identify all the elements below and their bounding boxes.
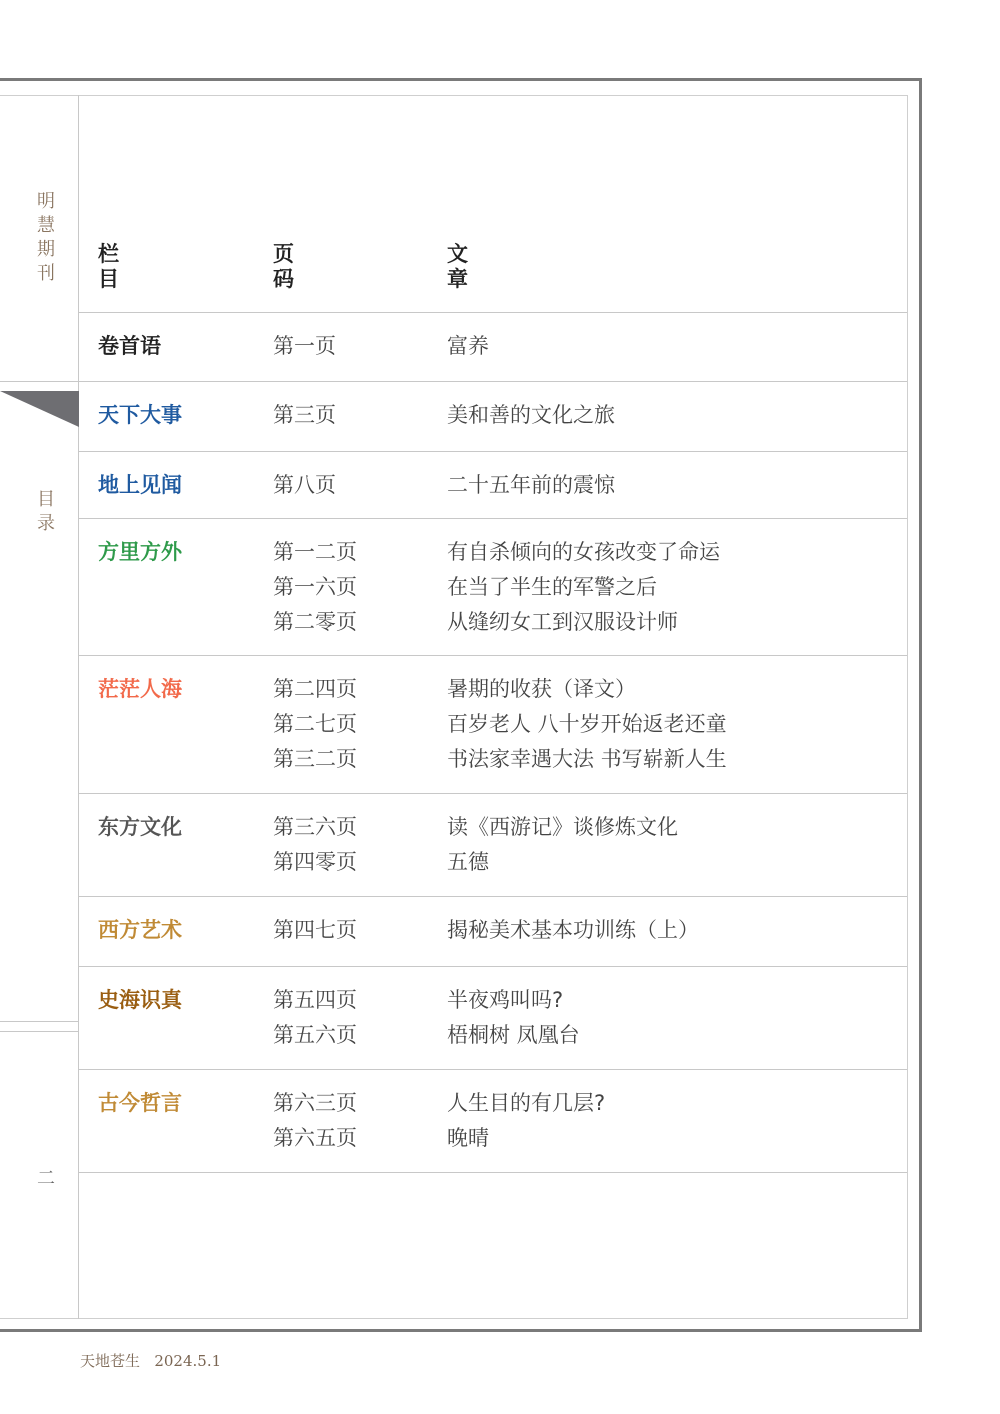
row-category[interactable]: 史海识真 — [98, 983, 182, 1018]
article-title[interactable]: 二十五年前的震惊 — [447, 468, 615, 503]
row-divider — [79, 1172, 907, 1173]
row-divider — [79, 1069, 907, 1070]
page-ref[interactable]: 第一页 — [273, 329, 336, 364]
row-pages: 第六三页第六五页 — [273, 1086, 357, 1156]
char: 栏 — [98, 242, 122, 267]
char: 目 — [36, 488, 56, 512]
sidebar-rule — [0, 1021, 79, 1022]
article-title[interactable]: 梧桐树 凤凰台 — [447, 1018, 580, 1053]
char: 码 — [273, 267, 297, 292]
sidebar-rule — [0, 381, 79, 382]
page-ref[interactable]: 第五四页 — [273, 983, 357, 1018]
page-ref[interactable]: 第四零页 — [273, 845, 357, 880]
decorative-triangle-icon — [0, 391, 79, 427]
row-articles: 有自杀倾向的女孩改变了命运在当了半生的军警之后从缝纫女工到汉服设计师 — [447, 535, 720, 640]
row-articles: 美和善的文化之旅 — [447, 398, 615, 433]
row-divider — [79, 381, 907, 382]
row-category[interactable]: 地上见闻 — [98, 468, 182, 503]
article-title[interactable]: 五德 — [447, 845, 678, 880]
footer-publication: 天地苍生 — [80, 1352, 140, 1370]
row-divider — [79, 518, 907, 519]
article-title[interactable]: 有自杀倾向的女孩改变了命运 — [447, 535, 720, 570]
row-pages: 第一二页第一六页第二零页 — [273, 535, 357, 640]
row-divider — [79, 655, 907, 656]
char: 目 — [98, 267, 122, 292]
header-article: 文 章 — [447, 242, 471, 292]
row-articles: 暑期的收获（译文）百岁老人 八十岁开始返老还童书法家幸遇大法 书写崭新人生 — [447, 672, 727, 777]
page-ref[interactable]: 第二零页 — [273, 605, 357, 640]
row-category[interactable]: 方里方外 — [98, 535, 182, 570]
char: 页 — [273, 242, 297, 267]
page-ref[interactable]: 第二七页 — [273, 707, 357, 742]
page-ref[interactable]: 第二四页 — [273, 672, 357, 707]
publication-name-vertical: 明 慧 期 刊 — [36, 190, 56, 286]
char: 录 — [36, 512, 56, 536]
article-title[interactable]: 读《西游记》谈修炼文化 — [447, 810, 678, 845]
section-label-vertical: 目 录 — [36, 488, 56, 536]
row-articles: 富养 — [447, 329, 489, 364]
char: 期 — [36, 238, 56, 262]
char: 明 — [36, 190, 56, 214]
table-row: 西方艺术第四七页揭秘美术基本功训练（上） — [79, 897, 907, 966]
article-title[interactable]: 在当了半生的军警之后 — [447, 570, 720, 605]
row-category[interactable]: 天下大事 — [98, 398, 182, 433]
header-page: 页 码 — [273, 242, 297, 292]
table-row: 茫茫人海第二四页第二七页第三二页暑期的收获（译文）百岁老人 八十岁开始返老还童书… — [79, 656, 907, 793]
char: 章 — [447, 267, 471, 292]
page-ref[interactable]: 第六三页 — [273, 1086, 357, 1121]
page-ref[interactable]: 第五六页 — [273, 1018, 357, 1053]
page-ref[interactable]: 第一六页 — [273, 570, 357, 605]
row-pages: 第一页 — [273, 329, 336, 364]
article-title[interactable]: 从缝纫女工到汉服设计师 — [447, 605, 720, 640]
table-row: 天下大事第三页美和善的文化之旅 — [79, 382, 907, 451]
row-category[interactable]: 茫茫人海 — [98, 672, 182, 707]
article-title[interactable]: 半夜鸡叫吗? — [447, 983, 580, 1018]
row-articles: 人生目的有几层?晚晴 — [447, 1086, 605, 1156]
sidebar-rule — [0, 1031, 79, 1032]
footer-date: 2024.5.1 — [154, 1352, 221, 1370]
row-articles: 半夜鸡叫吗?梧桐树 凤凰台 — [447, 983, 580, 1053]
row-divider — [79, 451, 907, 452]
row-divider — [79, 896, 907, 897]
table-row: 史海识真第五四页第五六页半夜鸡叫吗?梧桐树 凤凰台 — [79, 967, 907, 1069]
row-articles: 读《西游记》谈修炼文化五德 — [447, 810, 678, 880]
char: 文 — [447, 242, 471, 267]
row-pages: 第三页 — [273, 398, 336, 433]
article-title[interactable]: 暑期的收获（译文） — [447, 672, 727, 707]
page-ref[interactable]: 第四七页 — [273, 913, 357, 948]
row-pages: 第四七页 — [273, 913, 357, 948]
row-category[interactable]: 古今哲言 — [98, 1086, 182, 1121]
row-pages: 第八页 — [273, 468, 336, 503]
row-category[interactable]: 西方艺术 — [98, 913, 182, 948]
article-title[interactable]: 美和善的文化之旅 — [447, 398, 615, 433]
header-category: 栏 目 — [98, 242, 122, 292]
table-row: 东方文化第三六页第四零页读《西游记》谈修炼文化五德 — [79, 794, 907, 896]
row-category[interactable]: 东方文化 — [98, 810, 182, 845]
footer: 天地苍生 2024.5.1 — [80, 1350, 221, 1371]
page-ref[interactable]: 第三六页 — [273, 810, 357, 845]
table-row: 古今哲言第六三页第六五页人生目的有几层?晚晴 — [79, 1070, 907, 1172]
row-pages: 第二四页第二七页第三二页 — [273, 672, 357, 777]
row-divider — [79, 793, 907, 794]
article-title[interactable]: 人生目的有几层? — [447, 1086, 605, 1121]
row-articles: 揭秘美术基本功训练（上） — [447, 913, 699, 948]
page-ref[interactable]: 第三二页 — [273, 742, 357, 777]
article-title[interactable]: 揭秘美术基本功训练（上） — [447, 913, 699, 948]
article-title[interactable]: 晚晴 — [447, 1121, 605, 1156]
table-row: 方里方外第一二页第一六页第二零页有自杀倾向的女孩改变了命运在当了半生的军警之后从… — [79, 519, 907, 655]
table-row: 卷首语第一页富养 — [79, 313, 907, 381]
char: 慧 — [36, 214, 56, 238]
table-row: 地上见闻第八页二十五年前的震惊 — [79, 452, 907, 518]
page-ref[interactable]: 第三页 — [273, 398, 336, 433]
row-divider — [79, 966, 907, 967]
article-title[interactable]: 富养 — [447, 329, 489, 364]
page-ref[interactable]: 第六五页 — [273, 1121, 357, 1156]
row-pages: 第五四页第五六页 — [273, 983, 357, 1053]
article-title[interactable]: 百岁老人 八十岁开始返老还童 — [447, 707, 727, 742]
page-number: 二 — [36, 1164, 56, 1190]
row-divider — [79, 312, 907, 313]
row-pages: 第三六页第四零页 — [273, 810, 357, 880]
char: 刊 — [36, 262, 56, 286]
article-title[interactable]: 书法家幸遇大法 书写崭新人生 — [447, 742, 727, 777]
row-category[interactable]: 卷首语 — [98, 329, 161, 364]
page-ref[interactable]: 第一二页 — [273, 535, 357, 570]
row-articles: 二十五年前的震惊 — [447, 468, 615, 503]
page-ref[interactable]: 第八页 — [273, 468, 336, 503]
